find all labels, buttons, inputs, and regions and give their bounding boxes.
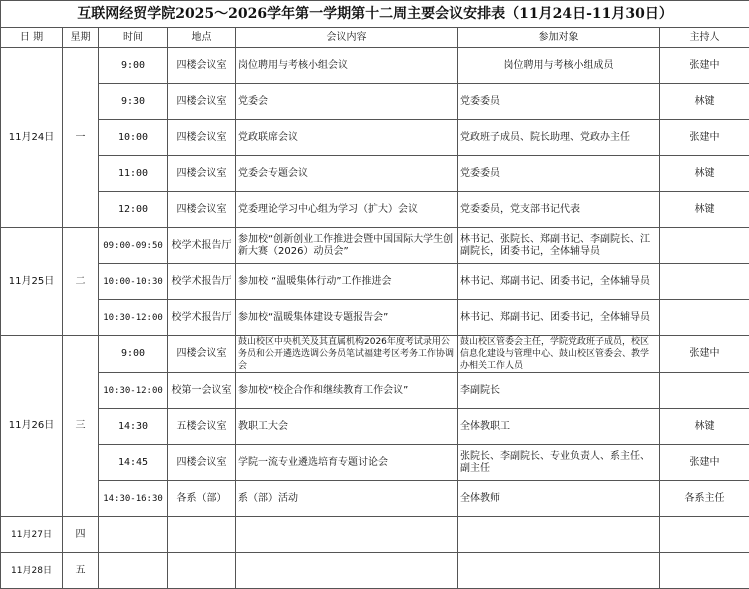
weekday-cell: 一 — [63, 48, 99, 228]
attendees-cell: 张院长、李副院长、专业负责人、系主任、副主任 — [458, 445, 660, 481]
attendees-cell: 鼓山校区管委会主任，学院党政班子成员，校区信息化建设与管理中心、鼓山校区管委会、… — [458, 336, 660, 373]
host-cell — [660, 228, 749, 264]
col-header-weekday: 星期 — [63, 28, 99, 48]
table-row: 10:30-12:00 校学术报告厅 参加校“温暖集体建设专题报告会” 林书记、… — [1, 300, 749, 336]
attendees-cell: 全体教师 — [458, 481, 660, 517]
table-row: 14:30-16:30 各系（部） 系（部）活动 全体教师 各系主任 — [1, 481, 749, 517]
content-cell — [236, 553, 458, 587]
attendees-cell — [458, 517, 660, 553]
table-row: 10:00-10:30 校学术报告厅 参加校 “温暖集体行动”工作推进会 林书记… — [1, 264, 749, 300]
host-cell — [660, 553, 749, 587]
table-row: 9:30 四楼会议室 党委会 党委委员 林键 — [1, 84, 749, 120]
table-row: 11月25日 二 09:00-09:50 校学术报告厅 参加校“创新创业工作推进… — [1, 228, 749, 264]
attendees-cell: 党委委员，党支部书记代表 — [458, 192, 660, 228]
host-cell — [660, 517, 749, 553]
time-cell: 11:00 — [99, 156, 168, 192]
location-cell: 校学术报告厅 — [168, 228, 236, 264]
time-cell: 10:00 — [99, 120, 168, 156]
host-cell: 林键 — [660, 84, 749, 120]
location-cell: 四楼会议室 — [168, 84, 236, 120]
header-row: 日 期 星期 时间 地点 会议内容 参加对象 主持人 — [1, 28, 749, 48]
time-cell: 14:45 — [99, 445, 168, 481]
meeting-schedule-table: 互联网经贸学院2025～2026学年第一学期第十二周主要会议安排表（11月24日… — [0, 0, 749, 586]
attendees-cell: 全体教职工 — [458, 409, 660, 445]
time-cell: 10:30-12:00 — [99, 373, 168, 409]
location-cell: 四楼会议室 — [168, 192, 236, 228]
weekday-cell: 三 — [63, 336, 99, 517]
content-cell: 党委理论学习中心组为学习（扩大）会议 — [236, 192, 458, 228]
attendees-cell: 岗位聘用与考核小组成员 — [458, 48, 660, 84]
attendees-cell: 党政班子成员、院长助理、党政办主任 — [458, 120, 660, 156]
content-cell: 鼓山校区中央机关及其直属机构2026年度考试录用公务员和公开遴选选调公务员笔试福… — [236, 336, 458, 373]
table-row: 10:30-12:00 校第一会议室 参加校“校企合作和继续教育工作会议” 李副… — [1, 373, 749, 409]
location-cell: 四楼会议室 — [168, 120, 236, 156]
location-cell — [168, 553, 236, 587]
table-row: 14:30 五楼会议室 教职工大会 全体教职工 林键 — [1, 409, 749, 445]
time-cell: 9:00 — [99, 48, 168, 84]
date-cell: 11月27日 — [1, 517, 63, 553]
time-cell: 14:30-16:30 — [99, 481, 168, 517]
table-row: 11月24日 一 9:00 四楼会议室 岗位聘用与考核小组会议 岗位聘用与考核小… — [1, 48, 749, 84]
location-cell: 四楼会议室 — [168, 156, 236, 192]
content-cell: 党政联席会议 — [236, 120, 458, 156]
attendees-cell: 林书记、张院长、郑副书记、李副院长、江副院长，团委书记，全体辅导员 — [458, 228, 660, 264]
time-cell: 9:00 — [99, 336, 168, 373]
weekday-cell: 二 — [63, 228, 99, 336]
attendees-cell — [458, 553, 660, 587]
host-cell — [660, 300, 749, 336]
col-header-content: 会议内容 — [236, 28, 458, 48]
table-row: 11:00 四楼会议室 党委会专题会议 党委委员 林键 — [1, 156, 749, 192]
time-cell — [99, 553, 168, 587]
attendees-cell: 林书记、郑副书记、团委书记，全体辅导员 — [458, 300, 660, 336]
col-header-time: 时间 — [99, 28, 168, 48]
table-row: 12:00 四楼会议室 党委理论学习中心组为学习（扩大）会议 党委委员，党支部书… — [1, 192, 749, 228]
location-cell: 四楼会议室 — [168, 48, 236, 84]
table-row: 10:00 四楼会议室 党政联席会议 党政班子成员、院长助理、党政办主任 张建中 — [1, 120, 749, 156]
content-cell — [236, 517, 458, 553]
content-cell: 系（部）活动 — [236, 481, 458, 517]
content-cell: 参加校 “温暖集体行动”工作推进会 — [236, 264, 458, 300]
content-cell: 党委会 — [236, 84, 458, 120]
content-cell: 参加校“温暖集体建设专题报告会” — [236, 300, 458, 336]
attendees-cell: 党委委员 — [458, 84, 660, 120]
host-cell — [660, 373, 749, 409]
host-cell: 张建中 — [660, 336, 749, 373]
location-cell: 四楼会议室 — [168, 445, 236, 481]
col-header-date: 日 期 — [1, 28, 63, 48]
host-cell — [660, 264, 749, 300]
time-cell: 10:00-10:30 — [99, 264, 168, 300]
time-cell: 9:30 — [99, 84, 168, 120]
col-header-location: 地点 — [168, 28, 236, 48]
table-row: 14:45 四楼会议室 学院一流专业遴选培育专题讨论会 张院长、李副院长、专业负… — [1, 445, 749, 481]
location-cell: 五楼会议室 — [168, 409, 236, 445]
content-cell: 学院一流专业遴选培育专题讨论会 — [236, 445, 458, 481]
location-cell — [168, 517, 236, 553]
table-row: 11月27日 四 — [1, 517, 749, 553]
date-cell: 11月25日 — [1, 228, 63, 336]
attendees-cell: 李副院长 — [458, 373, 660, 409]
attendees-cell: 林书记、郑副书记、团委书记，全体辅导员 — [458, 264, 660, 300]
host-cell: 林键 — [660, 156, 749, 192]
content-cell: 教职工大会 — [236, 409, 458, 445]
host-cell: 林键 — [660, 192, 749, 228]
time-cell: 12:00 — [99, 192, 168, 228]
date-cell: 11月26日 — [1, 336, 63, 517]
content-cell: 参加校“校企合作和继续教育工作会议” — [236, 373, 458, 409]
time-cell: 09:00-09:50 — [99, 228, 168, 264]
col-header-host: 主持人 — [660, 28, 749, 48]
content-cell: 岗位聘用与考核小组会议 — [236, 48, 458, 84]
time-cell: 10:30-12:00 — [99, 300, 168, 336]
weekday-cell: 四 — [63, 517, 99, 553]
page-title: 互联网经贸学院2025～2026学年第一学期第十二周主要会议安排表（11月24日… — [1, 1, 749, 28]
host-cell: 张建中 — [660, 120, 749, 156]
content-cell: 党委会专题会议 — [236, 156, 458, 192]
time-cell — [99, 517, 168, 553]
location-cell: 四楼会议室 — [168, 336, 236, 373]
table-row: 11月28日 五 — [1, 553, 749, 587]
host-cell: 张建中 — [660, 48, 749, 84]
host-cell: 张建中 — [660, 445, 749, 481]
content-cell: 参加校“创新创业工作推进会暨中国国际大学生创新大赛（2026）动员会” — [236, 228, 458, 264]
location-cell: 各系（部） — [168, 481, 236, 517]
attendees-cell: 党委委员 — [458, 156, 660, 192]
time-cell: 14:30 — [99, 409, 168, 445]
date-cell: 11月24日 — [1, 48, 63, 228]
host-cell: 林键 — [660, 409, 749, 445]
host-cell: 各系主任 — [660, 481, 749, 517]
location-cell: 校学术报告厅 — [168, 264, 236, 300]
date-cell: 11月28日 — [1, 553, 63, 587]
table-row: 11月26日 三 9:00 四楼会议室 鼓山校区中央机关及其直属机构2026年度… — [1, 336, 749, 373]
location-cell: 校第一会议室 — [168, 373, 236, 409]
weekday-cell: 五 — [63, 553, 99, 587]
location-cell: 校学术报告厅 — [168, 300, 236, 336]
col-header-attendees: 参加对象 — [458, 28, 660, 48]
